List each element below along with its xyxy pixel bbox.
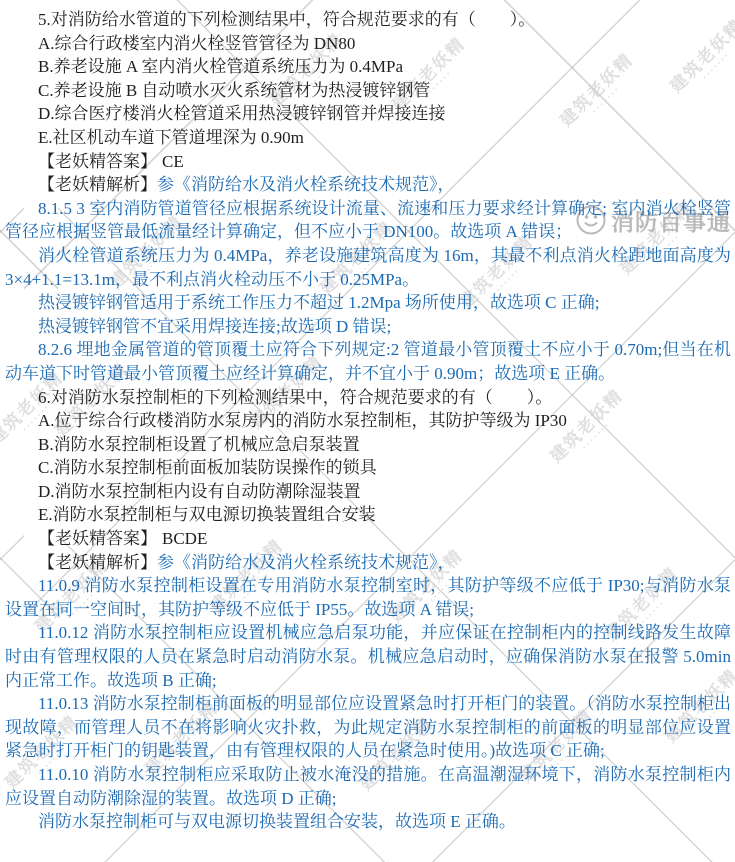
option-line-c: C.养老设施 B 自动喷水灭火系统管材为热浸镀锌钢管	[5, 79, 731, 103]
analysis-paragraph: 热浸镀锌钢管适用于系统工作压力不超过 1.2Mpa 场所使用，故选项 C 正确;	[5, 291, 731, 315]
analysis-paragraph: 消火栓管道系统压力为 0.4MPa，养老设施建筑高度为 16m，其最不利点消火栓…	[5, 244, 731, 291]
option-line-d: D.消防水泵控制柜内设有自动防潮除湿装置	[5, 480, 731, 504]
question-stem: 5.对消防给水管道的下列检测结果中，符合规范要求的有（ ）。	[5, 8, 731, 32]
analysis-intro: 参《消防给水及消火栓系统技术规范》，	[157, 175, 455, 194]
answer-line: 【老妖精答案】BCDE	[5, 527, 731, 551]
analysis-label: 【老妖精解析】	[38, 175, 157, 194]
option-line-c: C.消防水泵控制柜前面板加装防误操作的锁具	[5, 456, 731, 480]
analysis-paragraph: 11.0.9 消防水泵控制柜设置在专用消防水泵控制室时，其防护等级不应低于 IP…	[5, 574, 731, 621]
option-line-e: E.社区机动车道下管道埋深为 0.90m	[5, 126, 731, 150]
analysis-paragraph: 热浸镀锌钢管不宜采用焊接连接;故选项 D 错误;	[5, 315, 731, 339]
analysis-paragraph: 11.0.12 消防水泵控制柜应设置机械应急启泵功能，并应保证在控制柜内的控制线…	[5, 621, 731, 692]
question-6-section: 6.对消防水泵控制柜的下列检测结果中，符合规范要求的有（ ）。 A.位于综合行政…	[5, 386, 731, 834]
option-line-a: A.综合行政楼室内消火栓竖管管径为 DN80	[5, 32, 731, 56]
analysis-line: 【老妖精解析】参《消防给水及消火栓系统技术规范》，	[5, 173, 731, 197]
answer-label: 【老妖精答案】	[38, 152, 157, 171]
document-page: 建筑老妖精▪▪▪▪▪▪▪建筑老妖精▪▪▪▪▪▪▪建筑老妖精▪▪▪▪▪▪▪建筑老妖…	[0, 0, 735, 862]
option-line-d: D.综合医疗楼消火栓管道采用热浸镀锌钢管并焊接连接	[5, 102, 731, 126]
analysis-paragraph: 11.0.10 消防水泵控制柜应采取防止被水淹没的措施。在高温潮湿环境下，消防水…	[5, 763, 731, 810]
answer-label: 【老妖精答案】	[38, 529, 157, 548]
answer-value: BCDE	[162, 529, 207, 548]
question-stem: 6.对消防水泵控制柜的下列检测结果中，符合规范要求的有（ ）。	[5, 386, 731, 410]
analysis-intro: 参《消防给水及消火栓系统技术规范》，	[157, 553, 455, 572]
analysis-paragraph: 11.0.13 消防水泵控制柜前面板的明显部位应设置紧急时打开柜门的装置。（消防…	[5, 692, 731, 763]
document-content: 5.对消防给水管道的下列检测结果中，符合规范要求的有（ ）。 A.综合行政楼室内…	[0, 0, 735, 862]
analysis-paragraph: 消防水泵控制柜可与双电源切换装置组合安装，故选项 E 正确。	[5, 810, 731, 834]
option-line-a: A.位于综合行政楼消防水泵房内的消防水泵控制柜，其防护等级为 IP30	[5, 409, 731, 433]
analysis-line: 【老妖精解析】参《消防给水及消火栓系统技术规范》，	[5, 551, 731, 575]
option-line-b: B.消防水泵控制柜设置了机械应急启泵装置	[5, 433, 731, 457]
analysis-paragraph: 8.2.6 埋地金属管道的管顶覆土应符合下列规定:2 管道最小管顶覆土不应小于 …	[5, 338, 731, 385]
analysis-label: 【老妖精解析】	[38, 553, 157, 572]
question-5-section: 5.对消防给水管道的下列检测结果中，符合规范要求的有（ ）。 A.综合行政楼室内…	[5, 8, 731, 386]
answer-value: CE	[162, 152, 184, 171]
answer-line: 【老妖精答案】CE	[5, 150, 731, 174]
analysis-paragraph: 8.1.5 3 室内消防管道管径应根据系统设计流量、流速和压力要求经计算确定; …	[5, 197, 731, 244]
option-line-e: E.消防水泵控制柜与双电源切换装置组合安装	[5, 503, 731, 527]
option-line-b: B.养老设施 A 室内消火栓管道系统压力为 0.4MPa	[5, 55, 731, 79]
